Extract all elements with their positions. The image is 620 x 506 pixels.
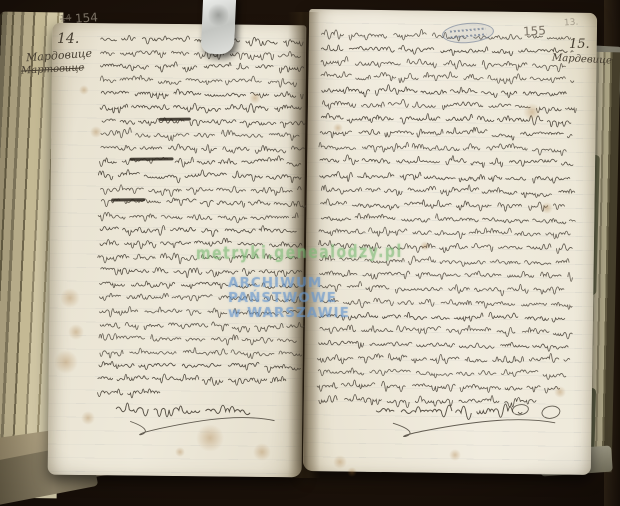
right-ink-entry-number: 15. <box>569 37 590 52</box>
right-pencil-note: 13. <box>564 18 579 29</box>
foxing-spot <box>90 126 102 138</box>
foxing-spot <box>541 202 553 214</box>
watermark-green-url: metryki.genealodzy.pl <box>196 242 403 264</box>
foxing-spot <box>523 103 541 121</box>
foxing-spot <box>333 455 347 469</box>
watermark-blue-line: w WARSZAWIE <box>228 306 350 321</box>
foxing-spot <box>79 85 89 95</box>
foxing-spot <box>60 288 80 308</box>
foxing-spot <box>81 411 95 425</box>
foxing-spot <box>175 447 185 457</box>
foxing-spot <box>347 467 357 477</box>
strike-mark <box>111 198 145 201</box>
foxing-spot <box>253 443 271 461</box>
foxing-spot <box>249 92 261 104</box>
strike-mark <box>158 117 190 120</box>
left-pencil-folio: 154 <box>75 10 99 26</box>
foxing-spot <box>333 123 343 133</box>
foxing-spot <box>420 241 430 251</box>
stamp-illegible-text-row <box>450 33 486 38</box>
foxing-spot <box>68 324 84 340</box>
stamp-illegible-text-row <box>450 27 486 32</box>
foxing-spot <box>554 386 566 398</box>
foxing-spot <box>54 350 78 374</box>
left-page-text <box>95 29 300 411</box>
left-pencil-folio-struck: 14 <box>60 13 72 24</box>
right-page-signature <box>368 397 580 447</box>
foxing-spot <box>449 449 461 461</box>
left-ink-entry-number: 14. <box>57 31 79 47</box>
left-page-signature <box>108 395 298 441</box>
watermark-blue-line: PAŃSTWOWE <box>228 291 350 306</box>
bookmark-tab <box>201 0 237 55</box>
right-pencil-folio: 155 <box>523 23 547 38</box>
watermark-blue-line: ARCHIWUM <box>228 276 350 291</box>
watermark-blue-archive: ARCHIWUM PAŃSTWOWE w WARSZAWIE <box>228 276 350 321</box>
photo-background: 14 154 14. Мардовице Мартовице 155 13. 1… <box>0 0 620 506</box>
right-page-text <box>315 24 572 419</box>
